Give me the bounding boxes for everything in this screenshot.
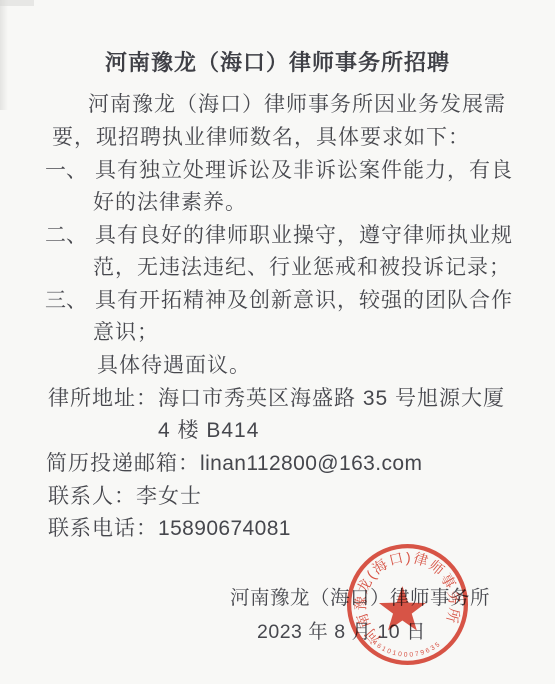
list-item-1-line-1: 一、具有独立处理诉讼及非诉讼案件能力，有良: [45, 158, 513, 184]
document-page: 河南豫龙（海口）律师事务所招聘 河南豫龙（海口）律师事务所因业务发展需 要，现招…: [0, 0, 555, 684]
contact-person-label: 联系人：: [48, 485, 136, 508]
address-line-2: 4 楼 B414: [158, 418, 259, 444]
address-line: 律所地址：海口市秀英区海盛路 35 号旭源大厦: [48, 386, 505, 412]
list-text-2: 具有良好的律师职业操守，遵守律师执业规: [95, 224, 513, 247]
seal-ring-text: 河南豫龙(海口)律师事务所: [352, 550, 463, 647]
intro-line-1: 河南豫龙（海口）律师事务所因业务发展需: [88, 92, 506, 118]
list-item-2-line-2: 范，无违法违纪、行业惩戒和被投诉记录；: [93, 255, 511, 281]
list-text-1: 具有独立处理诉讼及非诉讼案件能力，有良: [95, 159, 513, 182]
intro-line-2: 要，现招聘执业律师数名，具体要求如下：: [52, 125, 470, 151]
address-value: 海口市秀英区海盛路 35 号旭源大厦: [158, 387, 505, 410]
email-value: linan112800@163.com: [200, 452, 422, 475]
list-item-3-line-1: 三、具有开拓精神及创新意识，较强的团队合作: [45, 288, 513, 314]
list-text-3: 具有开拓精神及创新意识，较强的团队合作: [95, 289, 513, 312]
list-marker-1: 一、: [45, 158, 95, 184]
contact-person-value: 李女士: [136, 485, 202, 508]
email-line: 简历投递邮箱：linan112800@163.com: [46, 451, 422, 477]
email-label: 简历投递邮箱：: [46, 452, 200, 475]
list-item-2-line-1: 二、具有良好的律师职业操守，遵守律师执业规: [45, 223, 513, 249]
phone-value: 15890674081: [158, 517, 291, 540]
phone-line: 联系电话：15890674081: [48, 516, 291, 542]
contact-person-line: 联系人：李女士: [48, 484, 202, 510]
list-item-3-line-2: 意识；: [93, 320, 159, 346]
address-label: 律所地址：: [48, 387, 158, 410]
document-title: 河南豫龙（海口）律师事务所招聘: [0, 46, 555, 77]
seal-star-icon: [379, 586, 426, 630]
list-item-1-line-2: 好的法律素养。: [93, 190, 247, 216]
note-line: 具体待遇面议。: [97, 353, 251, 379]
list-marker-2: 二、: [45, 223, 95, 249]
list-marker-3: 三、: [45, 288, 95, 314]
phone-label: 联系电话：: [48, 517, 158, 540]
official-seal: 河南豫龙(海口)律师事务所 4610100079635: [344, 541, 471, 668]
scan-corner-artifact: [0, 0, 34, 6]
